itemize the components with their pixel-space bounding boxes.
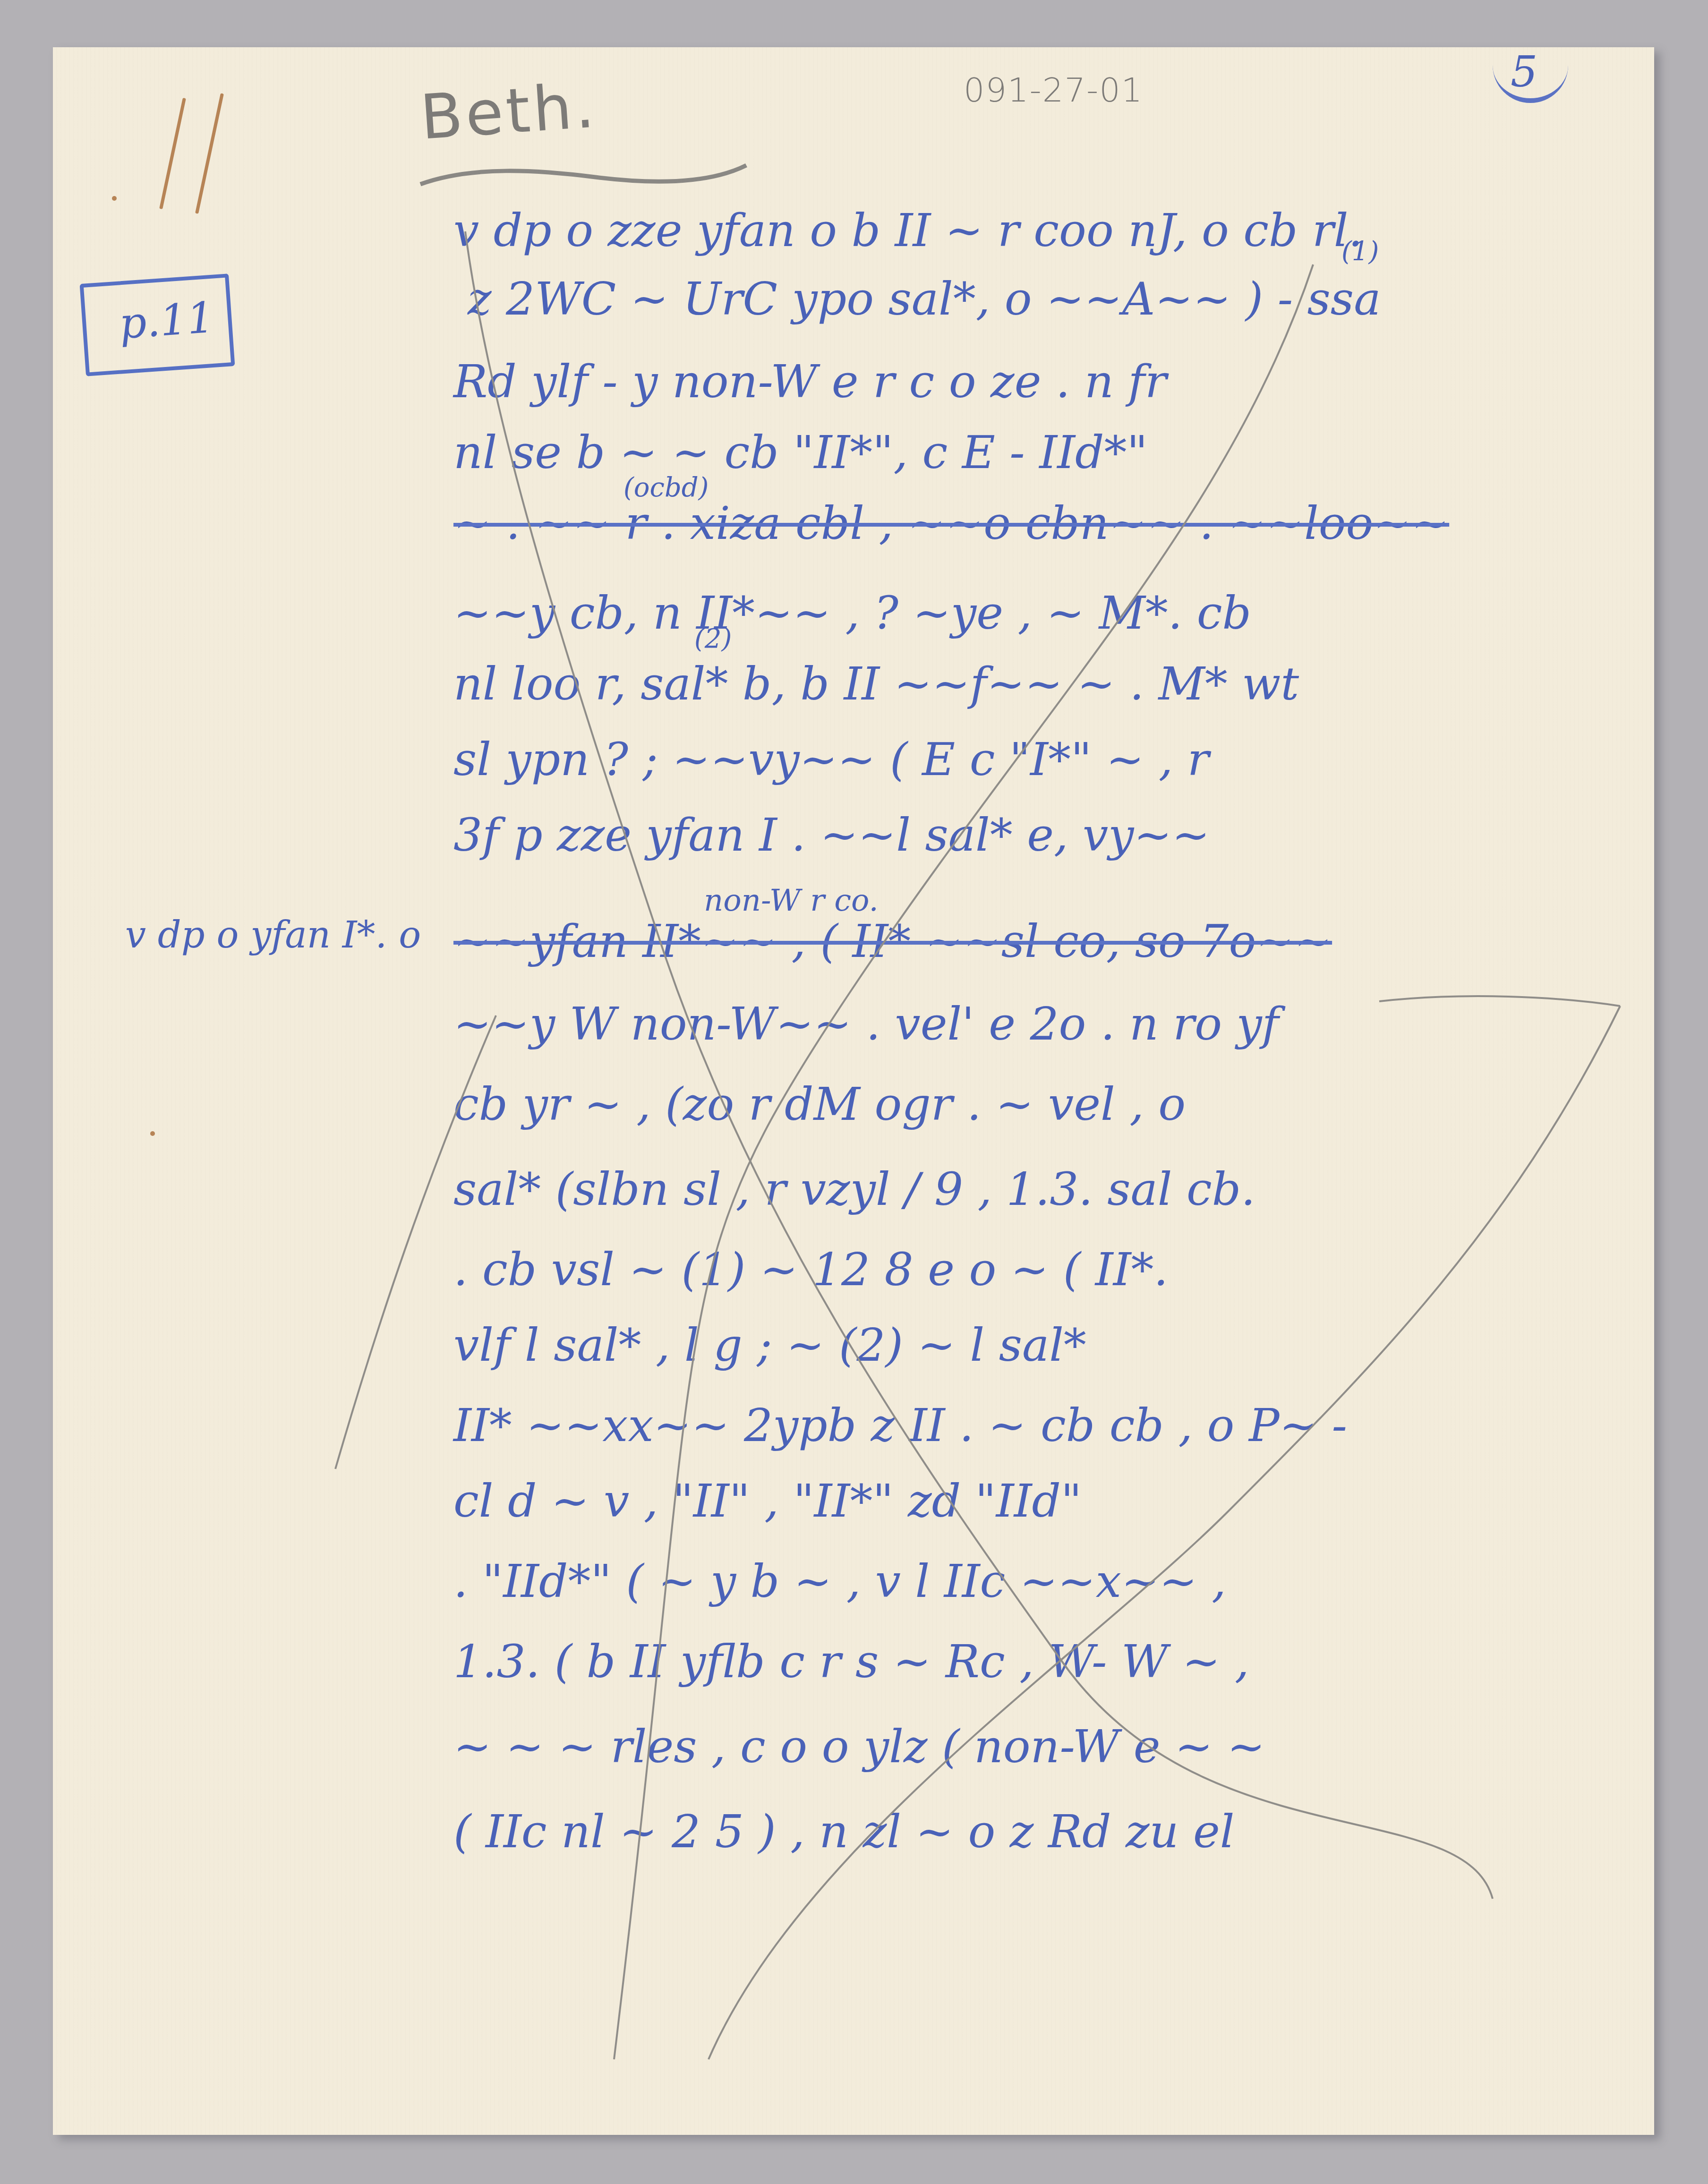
pencil-cross-out: [0, 0, 1708, 2184]
